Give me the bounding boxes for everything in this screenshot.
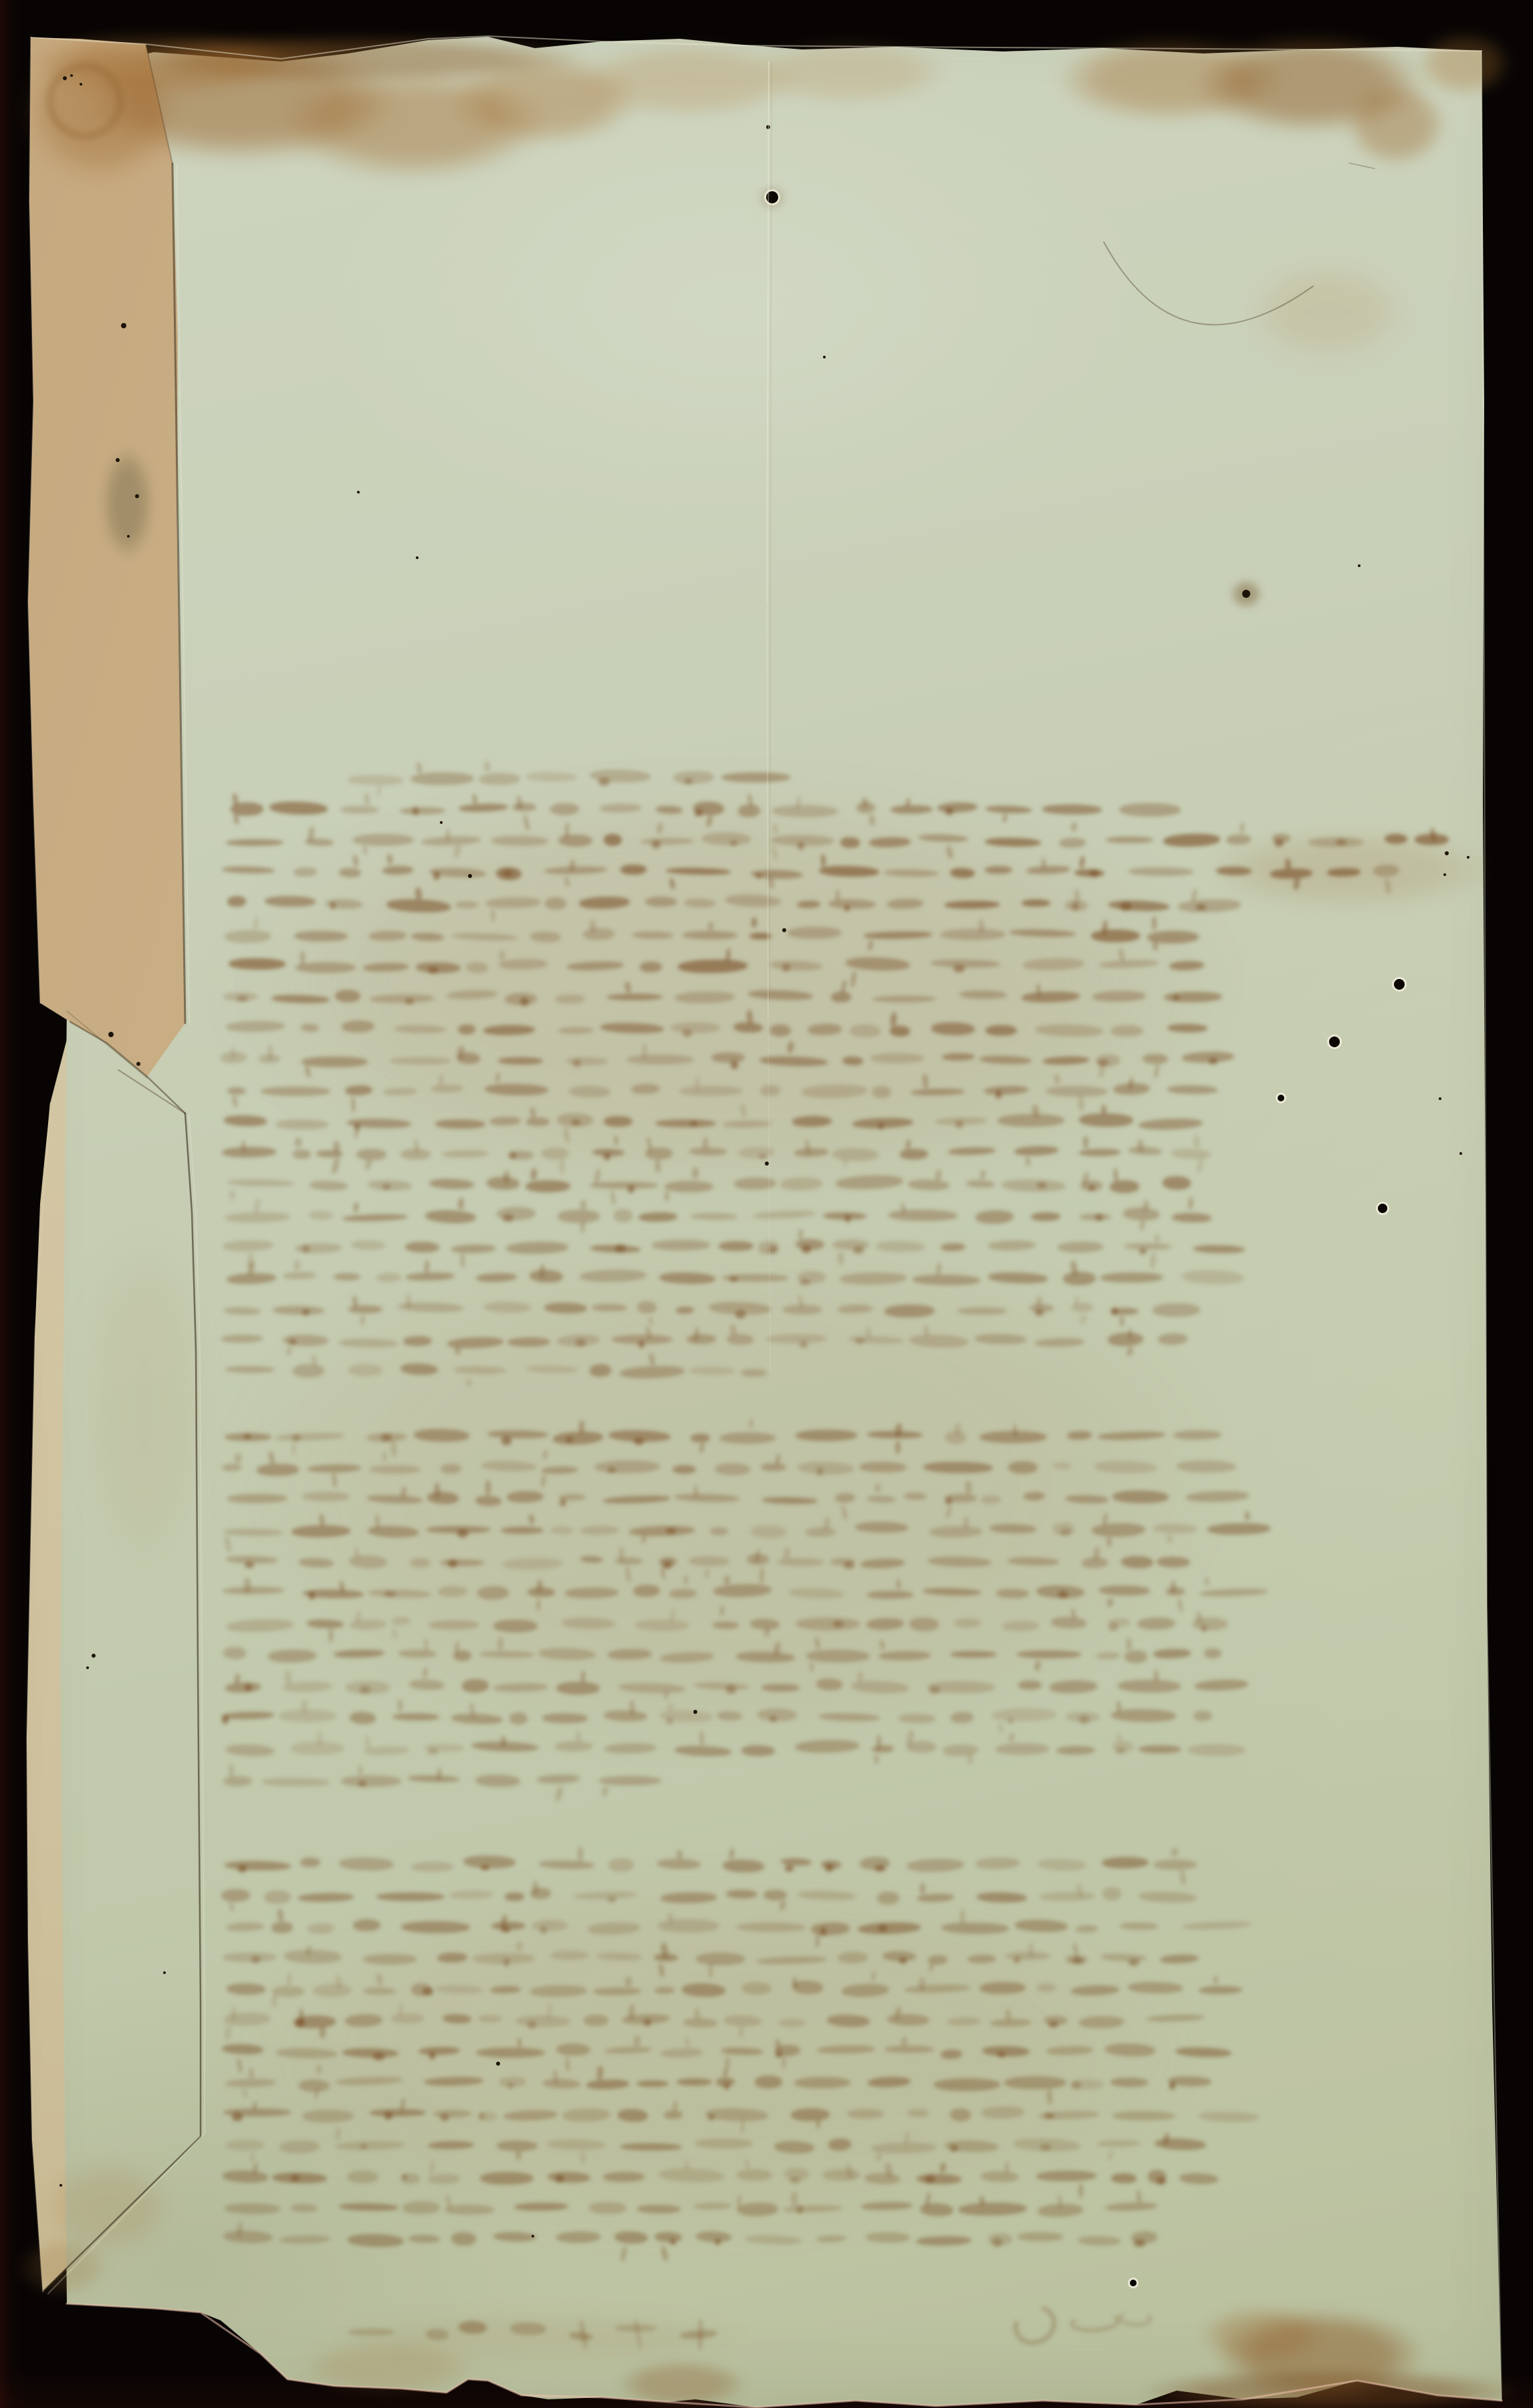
crease-vertical-fold-a <box>767 62 769 602</box>
crease-arc-crease <box>1104 242 1313 325</box>
crease-flap-tear-b <box>67 1011 147 1078</box>
crease-cream-right-edge <box>43 1113 201 2292</box>
crease-cream-right-highlight <box>48 1115 205 2294</box>
crease-vertical-fold-shadow <box>770 64 772 1003</box>
crease-top-rim <box>31 36 1482 59</box>
crease-cream-top-cut <box>118 1070 185 1113</box>
crease-arc-crease-b <box>1349 163 1375 169</box>
creases-overlay <box>0 0 1533 2408</box>
crease-flap-fold <box>146 44 172 164</box>
crease-right-rim <box>1482 51 1502 2401</box>
scanner-background: Verso of an aged pale-green manuscript l… <box>0 0 1533 2408</box>
crease-vertical-fold-c <box>768 1016 770 1371</box>
crease-bottom-rim <box>67 2304 1502 2407</box>
crease-left-rim <box>28 37 40 1003</box>
crease-cream-left-rim <box>27 1103 50 2292</box>
crease-vertical-fold-b <box>767 602 768 1016</box>
crease-flap-tear <box>70 1022 185 1113</box>
